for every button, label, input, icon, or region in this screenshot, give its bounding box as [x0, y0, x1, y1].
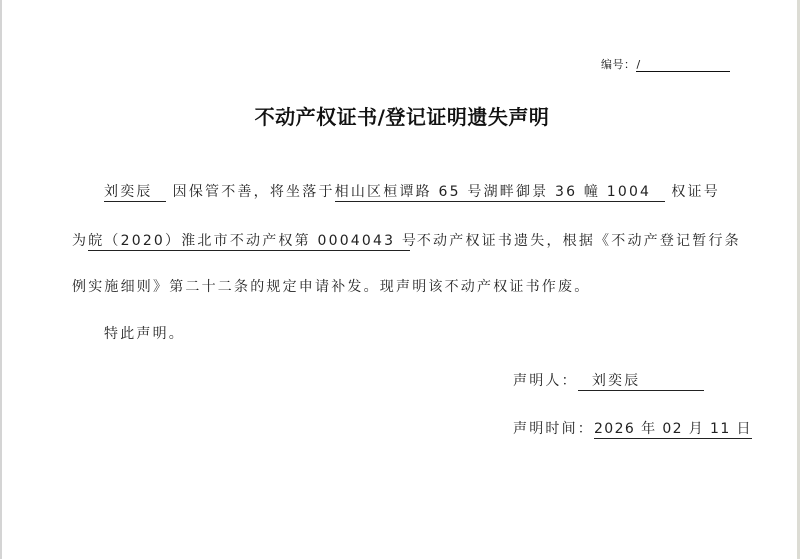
serial-value: / — [636, 59, 730, 72]
serial-number: 编号：/ — [601, 56, 730, 72]
declarant-signature-name: 刘奕辰 — [578, 373, 704, 391]
serial-label: 编号： — [601, 58, 636, 71]
declarant-signature: 声明人：刘奕辰 — [513, 370, 704, 391]
body-text: 例实施细则》第二十二条的规定申请补发。现声明该不动产权证书作废。 — [72, 279, 590, 295]
body-line-3: 例实施细则》第二十二条的规定申请补发。现声明该不动产权证书作废。 — [72, 276, 590, 296]
declarant-name-field: 刘奕辰 — [104, 184, 166, 202]
body-text: 因保管不善，将坐落于 — [173, 184, 335, 200]
date-label: 声明时间： — [513, 421, 594, 437]
declaration-date: 声明时间：2026 年 02 月 11 日 — [513, 418, 752, 439]
body-text: 权证号 — [671, 184, 720, 200]
body-line-1: 刘奕辰 因保管不善，将坐落于相山区桓谭路 65 号湖畔御景 36 幢 1004 … — [104, 181, 720, 202]
closing-text: 特此声明。 — [104, 326, 185, 342]
body-line-2: 为皖（2020）淮北市不动产权第 0004043 号 不动产权证书遗失，根据《不… — [72, 230, 741, 251]
property-address-field: 相山区桓谭路 65 号湖畔御景 36 幢 1004 — [335, 184, 665, 202]
body-text: 为 — [72, 233, 88, 249]
date-value: 2026 年 02 月 11 日 — [594, 421, 752, 439]
body-text: 不动产权证书遗失，根据《不动产登记暂行条 — [417, 233, 741, 249]
closing-statement: 特此声明。 — [104, 323, 185, 343]
document-page: 编号：/ 不动产权证书/登记证明遗失声明 刘奕辰 因保管不善，将坐落于相山区桓谭… — [2, 0, 797, 559]
certificate-number-field: 皖（2020）淮北市不动产权第 0004043 号 — [88, 233, 410, 251]
document-title: 不动产权证书/登记证明遗失声明 — [2, 101, 800, 130]
declarant-label: 声明人： — [513, 373, 578, 389]
